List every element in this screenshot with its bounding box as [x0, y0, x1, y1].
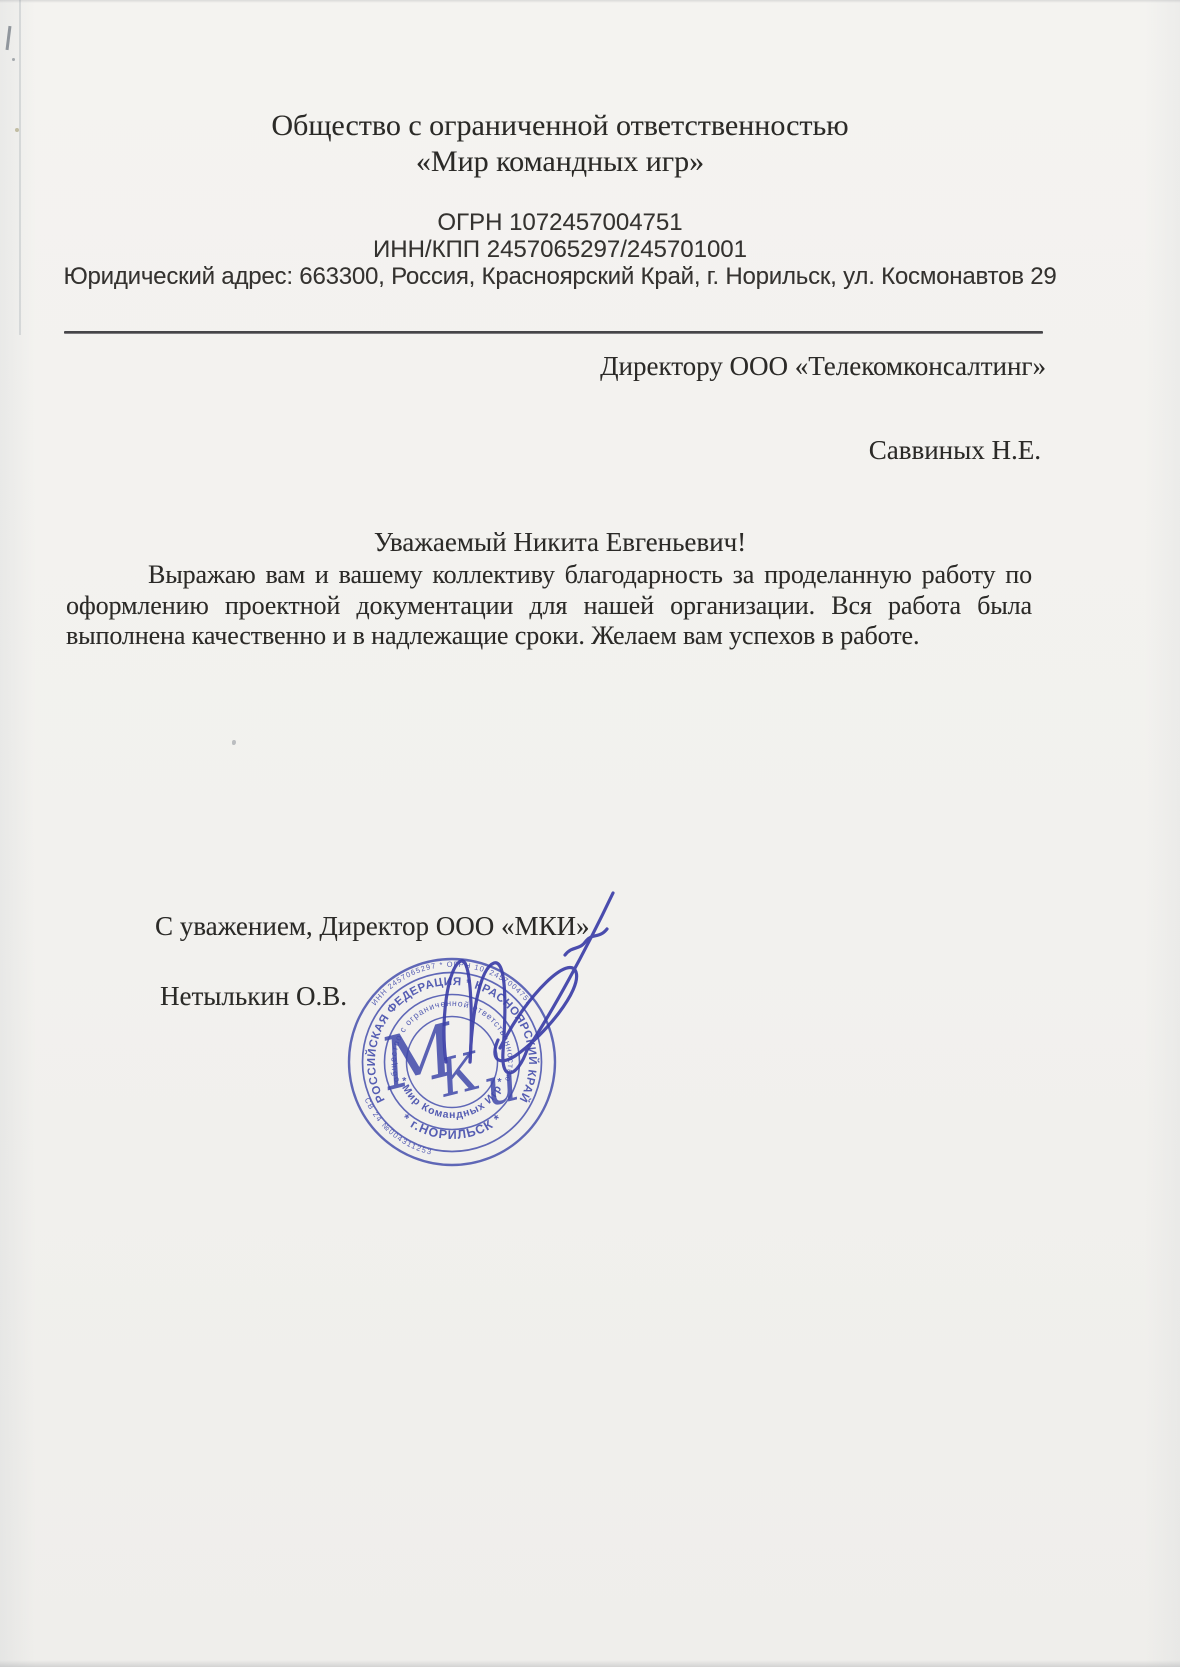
recipient-name: Саввиных Н.Е.: [60, 435, 1041, 466]
ogrn-line: ОГРН 1072457004751: [60, 209, 1060, 237]
recipient-title: Директору ООО «Телекомконсалтинг»: [60, 351, 1046, 382]
scan-bottom-shadow: [0, 1660, 1180, 1667]
org-name-line2: «Мир командных игр»: [60, 145, 1060, 179]
divider-rule: [64, 331, 1043, 334]
signature-wave: [565, 929, 607, 955]
scan-top-shadow: [0, 0, 1180, 3]
scan-speck: [15, 128, 19, 132]
body-paragraph: Выражаю вам и вашему коллективу благодар…: [66, 560, 1032, 652]
scanned-letter-page: Общество с ограниченной ответственностью…: [0, 0, 1180, 1667]
salutation: Уважаемый Никита Евгеньевич!: [60, 527, 1060, 558]
signature-tail: [527, 893, 613, 1050]
stamp-and-signature: ИНН 2457065297 * ОГРН 1072457004751 СВ 2…: [322, 862, 642, 1182]
signoff-name: Нетылькин О.В.: [160, 981, 347, 1012]
legal-address-line: Юридический адрес: 663300, Россия, Красн…: [60, 263, 1060, 291]
stamp-monogram-k: К: [432, 1041, 488, 1110]
scan-speck: [232, 740, 236, 745]
inn-kpp-line: ИНН/КПП 2457065297/245701001: [60, 236, 1060, 264]
handwritten-signature: [444, 893, 613, 1073]
org-name-line1: Общество с ограниченной ответственностью: [60, 109, 1060, 143]
scan-corner-mark: [6, 26, 12, 50]
scan-speck: [12, 58, 15, 61]
scan-edge-line: [19, 0, 21, 335]
